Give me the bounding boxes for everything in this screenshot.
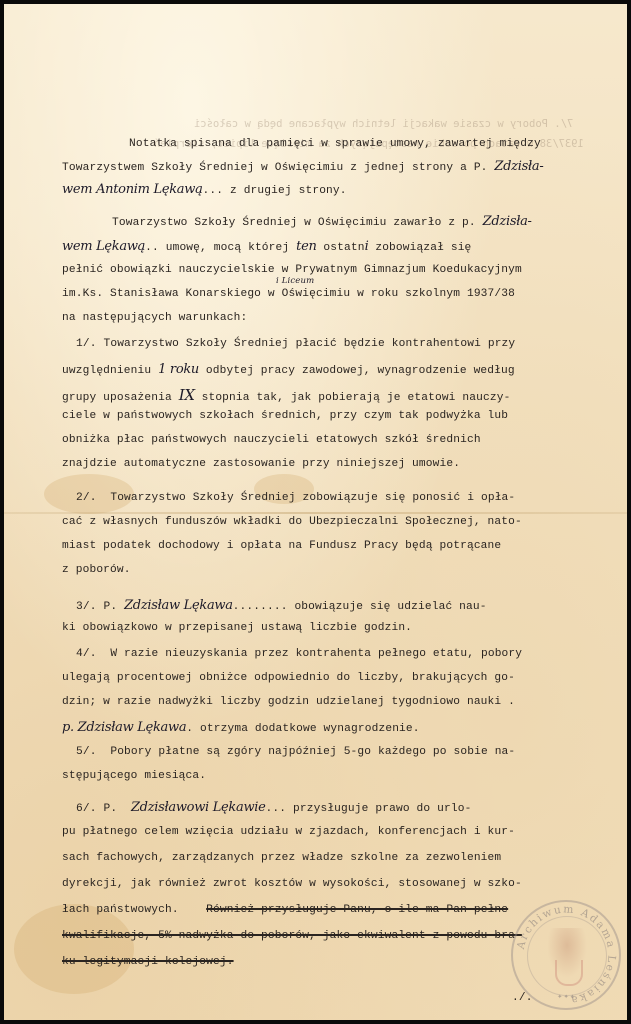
clause-6-line-3: sach fachowych, zarządzanych przez władz… xyxy=(62,852,501,864)
handwritten-insertion: i Liceum xyxy=(276,276,314,286)
intro-line-1: Towarzystwo Szkoły Średniej w Oświęcimiu… xyxy=(112,214,532,229)
archive-stamp: Archiwum Adama Leśniaka ✦ ✦ ✦ xyxy=(511,900,621,1010)
title-line-2: Towarzystwem Szkoły Średniej w Oświęcimi… xyxy=(62,159,543,174)
svg-text:✦ ✦ ✦: ✦ ✦ ✦ xyxy=(557,993,575,1000)
clause-1-line-5: obniżka płac państwowych nauczycieli eta… xyxy=(62,434,481,446)
clause-2-line-2: cać z własnych funduszów wkładki do Ubez… xyxy=(62,516,522,528)
clause-1-line-3: grupy uposażenia IX stopnia tak, jak pob… xyxy=(62,386,510,404)
clause-1-line-1: 1/. Towarzystwo Szkoły Średniej płacić b… xyxy=(76,338,515,350)
intro-line-5: na następujących warunkach: xyxy=(62,312,247,324)
svg-text:Archiwum Adama Leśniaka: Archiwum Adama Leśniaka xyxy=(515,903,618,1006)
clause-4-line-1: 4/. W razie nieuzyskania przez kontrahen… xyxy=(76,648,522,660)
clause-6-line-1: 6/. P. Zdzisławowi Lękawie... przysługuj… xyxy=(76,800,471,815)
clause-4-line-4: p. Zdzisław Lękawa. otrzyma dodatkowe wy… xyxy=(62,720,420,735)
clause-2-line-1: 2/. Towarzystwo Szkoły Średniej zobowiąz… xyxy=(76,492,515,504)
handwritten-name: wem Antonim Lękawą xyxy=(62,182,203,197)
show-through-text: 7/. Pobory w czasie wakacji letnich wypł… xyxy=(194,118,573,130)
clause-6-line-5: łach państwowych. Również przysługuje Pa… xyxy=(62,904,508,916)
clause-2-line-3: miast podatek dochodowy i opłata na Fund… xyxy=(62,540,501,552)
clause-4-line-2: ulegają procentowej obniżce odpowiednio … xyxy=(62,672,515,684)
clause-5-line-1: 5/. Pobory płatne są zgóry najpóźniej 5-… xyxy=(76,746,515,758)
clause-3-line-2: ki obowiązkowo w przepisanej ustawą licz… xyxy=(62,622,412,634)
stamp-text: Archiwum Adama Leśniaka ✦ ✦ ✦ xyxy=(513,902,619,1008)
title-line-1: Notatka spisana dla pamięci w sprawie um… xyxy=(129,138,541,150)
intro-line-3: pełnić obowiązki nauczycielskie w Prywat… xyxy=(62,264,522,276)
intro-line-4: im.Ks. Stanisława Konarskiego w Oświęcim… xyxy=(62,288,515,300)
clause-1-line-4: ciele w państwowych szkołach średnich, p… xyxy=(62,410,508,422)
intro-line-2: wem Lękawą.. umowę, mocą której ten osta… xyxy=(62,239,471,254)
clause-4-line-3: dzin; w razie nadwyżki liczby godzin udz… xyxy=(62,696,515,708)
paper-crease xyxy=(4,512,627,514)
clause-1-line-6: znajdzie automatyczne zastosowanie przy … xyxy=(62,458,460,470)
handwritten-name: Zdzisła- xyxy=(494,159,543,174)
title-line-3: wem Antonim Lękawą... z drugiej strony. xyxy=(62,182,347,197)
clause-6-line-4: dyrekcji, jak również zwrot kosztów w wy… xyxy=(62,878,522,890)
document-page: 7/. Pobory w czasie wakacji letnich wypł… xyxy=(4,4,627,1020)
clause-5-line-2: stępującego miesiąca. xyxy=(62,770,206,782)
struck-text: Również przysługuje Panu, o ile ma Pan p… xyxy=(206,904,508,916)
clause-6-line-2: pu płatnego celem wzięcia udziału w zjaz… xyxy=(62,826,515,838)
clause-3-line-1: 3/. P. Zdzisław Lękawa........ obowiązuj… xyxy=(76,598,487,613)
struck-text: kwalifikacje, 5% nadwyżka do poborów, ja… xyxy=(62,930,522,942)
clause-1-line-2: uwzględnieniu 1 roku odbytej pracy zawod… xyxy=(62,362,515,377)
struck-text: ku legitymacji kolejowej. xyxy=(62,956,234,968)
stain xyxy=(14,904,134,994)
clause-2-line-4: z poborów. xyxy=(62,564,131,576)
